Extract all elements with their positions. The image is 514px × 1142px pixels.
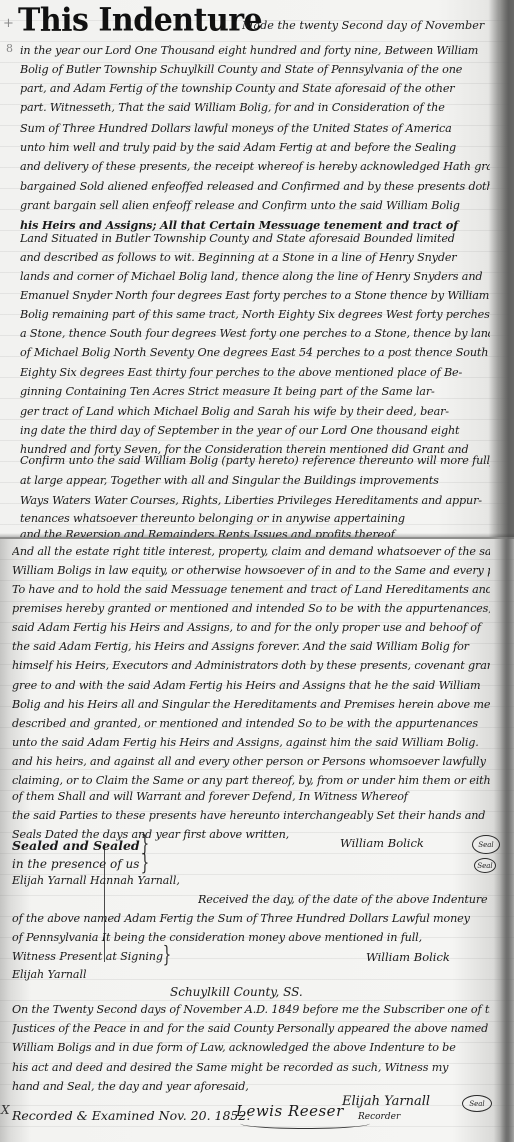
margin-mark-number: 8 — [6, 42, 13, 55]
brace-icon: } — [163, 945, 171, 967]
deed-text-line: at large appear, Together with all and S… — [20, 474, 490, 488]
deed-text-line: lands and corner of Michael Bolig land, … — [20, 270, 490, 284]
deed-heading: This Indenture — [18, 3, 262, 39]
receipt-signature: William Bolick — [366, 950, 450, 964]
deed-page-top: + 8 This Indenture Made the twenty Secon… — [0, 0, 514, 537]
signature-flourish — [240, 1118, 370, 1129]
acknowledgment-line: On the Twenty Second days of November A.… — [12, 1003, 490, 1017]
grantor-signature: William Bolick — [340, 836, 424, 850]
brace-icon: } — [141, 853, 149, 875]
deed-text-line: tenances whatsoever thereunto belonging … — [20, 512, 490, 526]
deed-text-line: Sum of Three Hundred Dollars lawful mone… — [20, 122, 490, 136]
deed-text-line: ginning Containing Ten Acres Strict meas… — [20, 385, 490, 399]
attestation-sealed: Sealed and Sealed — [12, 838, 140, 853]
deed-text-line: the said Parties to these presents have … — [12, 809, 490, 823]
seal-icon: Seal — [472, 835, 500, 854]
deed-text-line: grant bargain sell alien enfeoff release… — [20, 199, 490, 213]
deed-text-line: of Michael Bolig North Seventy One degre… — [20, 346, 490, 360]
recording-mark: X — [1, 1103, 10, 1117]
seal-icon: Seal — [474, 858, 496, 873]
deed-text-line: said Adam Fertig his Heirs and Assigns, … — [12, 621, 490, 635]
deed-text-line: bargained Sold aliened enfeoffed release… — [20, 180, 490, 194]
deed-text-line: Bolig and his Heirs all and Singular the… — [12, 698, 490, 712]
deed-text-line: in the year our Lord One Thousand eight … — [20, 44, 490, 58]
deed-text-line: part. Witnesseth, That the said William … — [20, 101, 490, 115]
deed-text-line: his Heirs and Assigns; All that Certain … — [20, 218, 490, 232]
deed-text-line: William Boligs in law equity, or otherwi… — [12, 564, 490, 578]
deed-text-line: unto the said Adam Fertig his Heirs and … — [12, 736, 490, 750]
deed-text-line: Eighty Six degrees East thirty four perc… — [20, 366, 490, 380]
deed-text-line: part, and Adam Fertig of the township Co… — [20, 82, 490, 96]
deed-text-line: To have and to hold the said Messuage te… — [12, 583, 490, 597]
recording-note: Recorded & Examined Nov. 20. 1852. — [12, 1108, 250, 1123]
deed-heading-continuation: Made the twenty Second day of November — [242, 19, 490, 33]
deed-text-line: And all the estate right title interest,… — [12, 545, 490, 559]
deed-text-line: claiming, or to Claim the Same or any pa… — [12, 774, 490, 788]
acknowledgment-line: Justices of the Peace in and for the sai… — [12, 1022, 490, 1036]
deed-text-line: gree to and with the said Adam Fertig hi… — [12, 679, 490, 693]
deed-text-line: a Stone, thence South four degrees West … — [20, 327, 490, 341]
seal-icon: Seal — [462, 1095, 492, 1112]
deed-text-line: Bolig of Butler Township Schuylkill Coun… — [20, 63, 490, 77]
acknowledgment-line: his act and deed and desired the Same mi… — [12, 1061, 490, 1075]
deed-text-line: and his heirs, and against all and every… — [12, 755, 490, 769]
deed-text-line: of them Shall and will Warrant and forev… — [12, 790, 490, 804]
deed-text-line: Land Situated in Butler Township County … — [20, 232, 490, 246]
margin-mark-cross: + — [3, 16, 14, 31]
deed-text-line: ger tract of Land which Michael Bolig an… — [20, 405, 490, 419]
acknowledgment-line: hand and Seal, the day and year aforesai… — [12, 1080, 490, 1094]
deed-text-line: premises hereby granted or mentioned and… — [12, 602, 490, 616]
deed-text-line: Bolig remaining part of this same tract,… — [20, 308, 490, 322]
receipt-line: Received the day, of the date of the abo… — [198, 893, 490, 907]
deed-text-line: Ways Waters Water Courses, Rights, Liber… — [20, 494, 490, 508]
receipt-witness-name: Elijah Yarnall — [12, 968, 87, 981]
receipt-line: of the above named Adam Fertig the Sum o… — [12, 912, 490, 926]
deed-text-line: and delivery of these presents, the rece… — [20, 160, 490, 174]
deed-text-line: ing date the third day of September in t… — [20, 424, 490, 438]
acknowledgment-line: William Boligs and in due form of Law, a… — [12, 1041, 490, 1055]
deed-text-line: himself his Heirs, Executors and Adminis… — [12, 659, 490, 673]
justice-signature: Elijah Yarnall — [342, 1094, 430, 1109]
attestation-presence: in the presence of us — [12, 857, 139, 871]
receipt-witness-label: Witness Present at Signing — [12, 950, 163, 963]
deed-text-line: Confirm unto the said William Bolig (par… — [20, 454, 490, 468]
deed-text-line: the said Adam Fertig, his Heirs and Assi… — [12, 640, 490, 654]
attestation-witnesses: Elijah Yarnall Hannah Yarnall, — [12, 874, 180, 887]
deed-text-line: described and granted, or mentioned and … — [12, 717, 490, 731]
acknowledgment-venue: Schuylkill County, SS. — [170, 985, 303, 999]
deed-text-line: and described as follows to wit. Beginni… — [20, 251, 490, 265]
deed-text-line: unto him well and truly paid by the said… — [20, 141, 490, 155]
deed-text-line: Emanuel Snyder North four degrees East f… — [20, 289, 490, 303]
receipt-line: of Pennsylvania It being the considerati… — [12, 931, 490, 945]
